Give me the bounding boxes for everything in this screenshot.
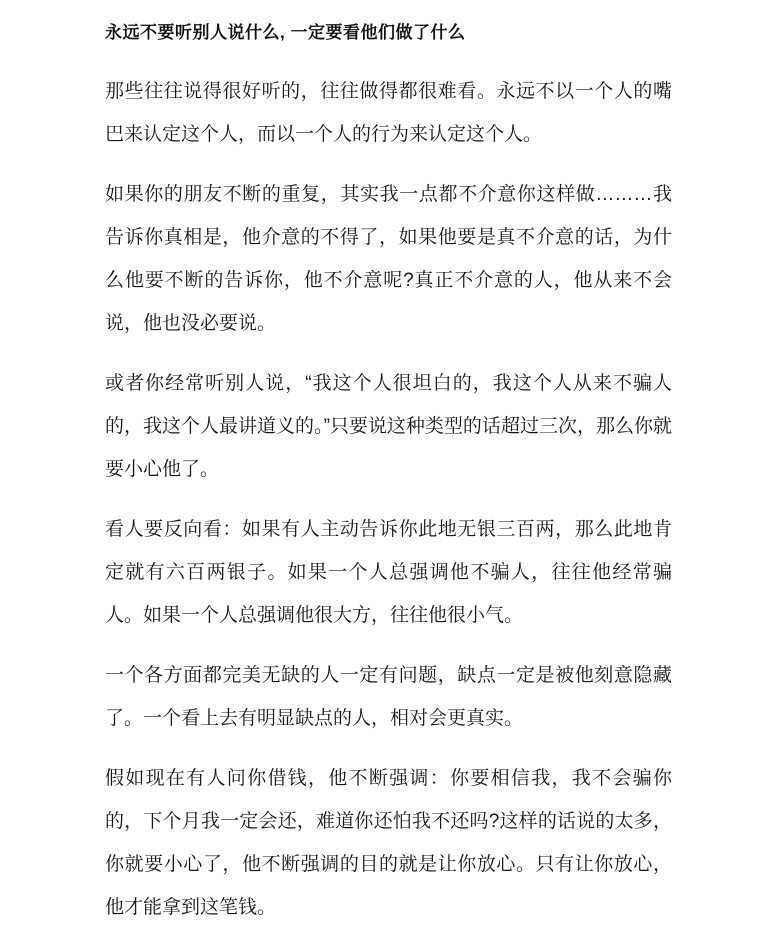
paragraph: 如果你的朋友不断的重复，其实我一点都不介意你这样做………我告诉你真相是，他介意的… [105,173,672,345]
document-body: 那些往往说得很好听的，往往做得都很难看。永远不以一个人的嘴巴来认定这个人，而以一… [105,70,672,929]
paragraph: 一个各方面都完美无缺的人一定有问题，缺点一定是被他刻意隐藏了。一个看上去有明显缺… [105,654,672,740]
document-title: 永远不要听别人说什么, 一定要看他们做了什么 [105,20,672,46]
document-page: 永远不要听别人说什么, 一定要看他们做了什么 那些往往说得很好听的，往往做得都很… [0,0,775,939]
paragraph: 假如现在有人问你借钱，他不断强调：你要相信我，我不会骗你的，下个月我一定会还，难… [105,757,672,929]
paragraph: 看人要反向看：如果有人主动告诉你此地无银三百两，那么此地肯定就有六百两银子。如果… [105,508,672,637]
paragraph: 那些往往说得很好听的，往往做得都很难看。永远不以一个人的嘴巴来认定这个人，而以一… [105,70,672,156]
paragraph: 或者你经常听别人说，“我这个人很坦白的，我这个人从来不骗人的，我这个人最讲道义的… [105,362,672,491]
